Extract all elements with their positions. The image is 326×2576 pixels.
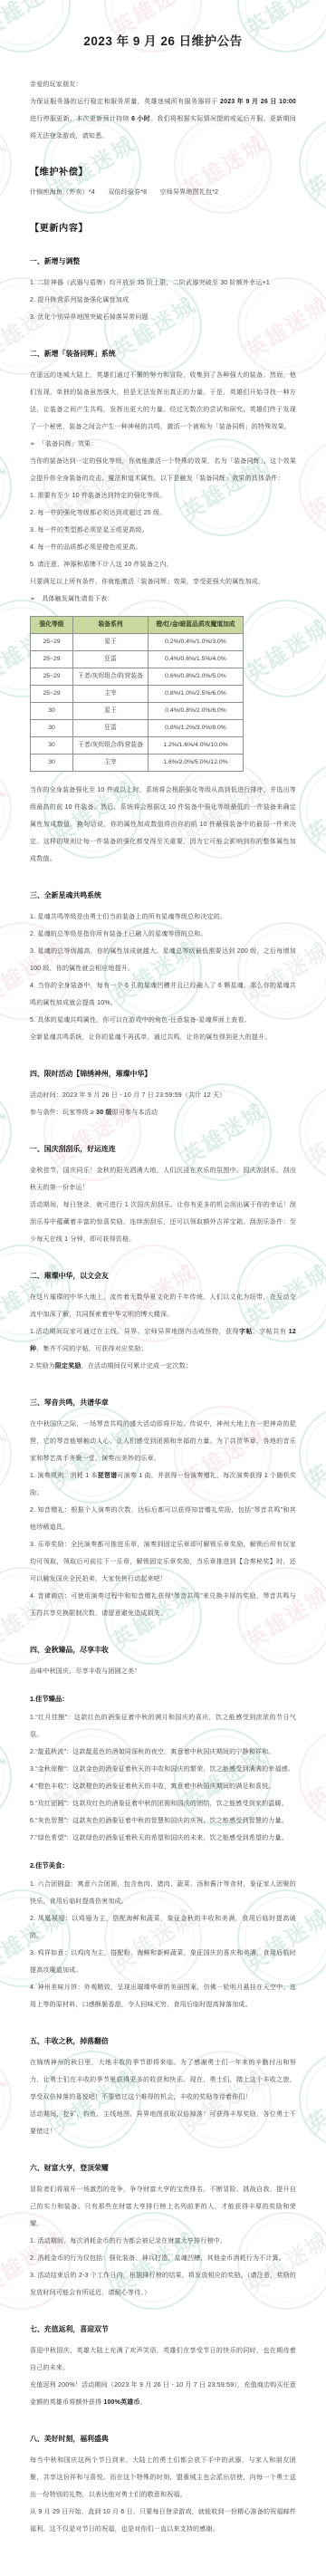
paragraph: 3. 每一件的类型都必须是星王或更高级。 (30, 522, 296, 539)
paragraph: 当你的装备达到一定的强化等级，你就能激活一个特殊的效果，名为「装备同辉」。这个效… (30, 453, 296, 487)
bold-text: 字帖 (239, 1329, 253, 1335)
paragraph: 4.“橙色丰收”：这款橙色的酒象征着秋天的丰收，寓意着中秋国庆期间的满足和喜悦。 (30, 1778, 296, 1795)
section-heading: 四、限时活动【锦绣神州，璀璨中华】 (30, 1065, 296, 1082)
bold-text: 限定奖励 (55, 1363, 81, 1370)
page-title: 2023 年 9 月 26 日维护公告 (30, 31, 296, 49)
paragraph: 5. 请注意，神器和盾牌不计入这 10 件装备之内。 (30, 556, 296, 573)
paragraph: 2. 每一件的强化等级都必须达到或超过 25 级。 (30, 505, 296, 522)
paragraph: 3. 活动结束后的 2-3 个工作日内，根据排行榜的结果，将发放相应的奖励。（请… (30, 2267, 296, 2302)
section-heading: 五、丰收之秋，掉落翻倍 (30, 2033, 296, 2050)
announcement-body: 亲爱的玩家朋友：为保证服务器的运行稳定和服务质量，英雄迷城所有服务器将于 202… (30, 76, 296, 2538)
table-cell: 1.2%/1.6%/4.0%/10.0% (149, 737, 244, 755)
section-heading: 七、充值返利，喜迎双节 (30, 2321, 296, 2338)
table-cell: 30 (31, 737, 73, 755)
table-cell: 30 (31, 703, 73, 720)
paragraph: 冒险者们将展开一场激烈的竞争，争夺财富大亨的宝贵排名。不断冒险、挑战自我、提升自… (30, 2181, 296, 2233)
paragraph: 3. 鸡祥如意：以鸡肉为主，搭配粉、海鲜和新鲜蔬菜，象征国庆的喜庆和美满，食用后… (30, 1945, 296, 1979)
paragraph: 2. 消耗金币的行为仅包括：强化装备、神兵打造、星魂凹槽，其他金币消耗行为不计算… (30, 2250, 296, 2267)
table-cell: 25~29 (31, 686, 73, 703)
paragraph: 1. 需要有至少 10 件装备达到特定的强化等级。 (30, 487, 296, 505)
paragraph: 1.“红月佳酿”：这款红色的酒象征着中秋的满月和国庆的喜庆，饮之能感受到浓浓的节… (30, 1709, 296, 1744)
section-heading: 二、璀璨中华，以文会友 (30, 1267, 296, 1284)
table-header-row: 强化等级装备系列橙/红/金/暗蓝品质攻魔道加成 (31, 617, 244, 634)
table-cell: 主宰 (73, 755, 149, 772)
bold-text: 6 小时 (131, 116, 150, 122)
paragraph: 2. 提升阵营系列装备强化属性加成 (30, 292, 296, 309)
paragraph: 在锦绣神州的秋日里，大地丰收的季节即将来临。为了感谢勇士们一年来的辛勤付出和努力… (30, 2054, 296, 2106)
paragraph: 活动期间，挖矿、钓鱼、主线地图、异界地图获取双倍掉落！可获得丰厚奖励，各位勇士不… (30, 2106, 296, 2140)
paragraph: 5. 具体的星魂共鸣属性，你可以在游戏中的角色-任意装备-星魂界面上查看。 (30, 1012, 296, 1029)
paragraph: 1. 六合团圆盘：寓意六合团圆，包含鱼肉、猪肉、蔬菜、汤和酱汁等食材，象征家人团… (30, 1876, 296, 1910)
table-cell: 0.2%/0.4%/1.0%/3.0% (149, 634, 244, 651)
paragraph: 5.“玫红团圆”：这款玫红色的酒象征着中秋的团圆和国庆的团结，饮之能感受到家的温… (30, 1795, 296, 1812)
section-heading: 三、全新星魂共鸣系统 (30, 887, 296, 904)
table-cell: 0.4%/0.6%/1.5%/4.0% (149, 651, 244, 668)
table-row: 25~29狂雷0.4%/0.6%/1.5%/4.0% (31, 651, 244, 668)
table-row: 25~29主宰0.8%/1.0%/2.5%/6.0% (31, 686, 244, 703)
table-row: 30主宰1.6%/2.0%/5.0%/12.0% (31, 755, 244, 772)
table-cell: 狂雷 (73, 651, 149, 668)
paragraph: 什锦煎海鱼（外卖）*4 双倍经验券*8 宗师异界地图礼包*2 (30, 184, 296, 201)
paragraph: 充值返利 200%！活动期间（2023 年 9 月 26 日 - 10 月 7 … (30, 2377, 296, 2411)
paragraph: 参与条件：玩家等级 ≥ 30 级即可参与本活动 (30, 1104, 296, 1121)
table-cell: 30 (31, 755, 73, 772)
table-header-cell: 橙/红/金/暗蓝品质攻魔道加成 (149, 617, 244, 634)
table-cell: 0.4%/0.8%/2.0%/6.0% (149, 703, 244, 720)
bracket-heading: 【维护补偿】 (30, 164, 296, 178)
table-cell: 星王 (73, 634, 149, 651)
bold-text: 30 级 (96, 1110, 112, 1116)
table-cell: 狂雷 (73, 720, 149, 737)
text-segment: 即可参与本活动 (112, 1110, 158, 1116)
paragraph: 2. 星魂的总等级是指你所有装备上已融入的星魂等级的总和。 (30, 926, 296, 943)
arrow-item: ➢ 具体触发属性请看下表： (30, 591, 296, 608)
subsection-heading: 1.佳节臻品： (30, 1690, 296, 1707)
text-segment: ，集齐不同的字帖，可获得对应奖励； (36, 1346, 147, 1352)
paragraph: 3. 乐章奖励：全民演奏都可推进乐章，演奏到固定乐章即可解锁乐章奖励，解锁后所有… (30, 1536, 296, 1588)
paragraph: 1. 活动期间，每次消耗金币的行为都会被记录在财富大亨排行榜中。 (30, 2233, 296, 2250)
table-row: 25~29王者/灰烬组合/阵营装备0.6%/0.8%/2.0%/5.0% (31, 668, 244, 686)
paragraph: 1. 星魂共鸣等级是由勇士们当前装备上的所有星魂等级总和决定的。 (30, 908, 296, 926)
table-cell: 0.8%/1.0%/2.5%/6.0% (149, 686, 244, 703)
table-cell: 王者/灰烬组合/阵营装备 (73, 668, 149, 686)
table-header-cell: 强化等级 (31, 617, 73, 634)
text-segment: 为保证服务器的运行稳定和服务质量，英雄迷城所有服务器将于 (30, 99, 220, 105)
announcement-document: 2023 年 9 月 26 日维护公告 亲爱的玩家朋友：为保证服务器的运行稳定和… (0, 0, 326, 2576)
paragraph: 2.奖励为限定奖励，在活动期间仅可累计完成一定次数； (30, 1358, 296, 1375)
section-heading: 一、新增与调整 (30, 253, 296, 270)
paragraph: 3.“金秋琼酿”：这款金色的酒象征着秋天的丰收和国庆的繁荣，饮之能感受到满满的幸… (30, 1761, 296, 1778)
text-segment: 充值返利 200%！活动期间（2023 年 9 月 26 日 - 10 月 7 … (30, 2382, 296, 2406)
text-segment: 。 (140, 2399, 147, 2406)
table-cell: 0.6%/0.8%/2.0%/5.0% (149, 668, 244, 686)
table-row: 30星王0.4%/0.8%/2.0%/6.0% (31, 703, 244, 720)
paragraph: 2. 知音赠礼：根据个人演奏的次数，达标后都可以获得知音赠礼奖励，包括“琴音共鸣… (30, 1502, 296, 1536)
section-heading: 一、国庆刮刮乐，好运连连 (30, 1140, 296, 1158)
section-heading: 二、新增「装备同辉」系统 (30, 345, 296, 362)
paragraph: 1. 二阶神器（武器与盾牌）均开放至 35 阶上限，二阶武器突破至 30 阶额外… (30, 274, 296, 292)
paragraph: 3. 星魂的总等级越高，你的属性加成就越大。星魂总等级最低需要达到 200 级，… (30, 943, 296, 977)
paragraph: 7.“绿色希望”：这款绿色的酒象征着秋天的希望和国庆的未来，饮之能感受到希望的力… (30, 1830, 296, 1847)
text-segment: 1. 演奏规则：消耗 1 本 (30, 1473, 98, 1479)
paragraph: 在中秋国庆之际，一场琴音共鸣的盛大活动即将开始。传说中，神州大地上有一把神奇的琵… (30, 1416, 296, 1467)
paragraph: 4. 每一件的品质都必须是橙色或更高。 (30, 539, 296, 556)
paragraph: 2. 凤凰展翅：以鸡翅为主，搭配海鲜和蔬菜，象征金秋的丰收和美满，食用后临时提高… (30, 1910, 296, 1945)
table-cell: 星王 (73, 703, 149, 720)
arrow-item: ➢ 「装备同辉」效果： (30, 436, 296, 453)
table-cell: 王者/灰烬组合/阵营装备 (73, 737, 149, 755)
paragraph: 在遥远的迷城大陆上，英雄们通过不懈的努力和冒险，收集到了各种强大的装备。然而，他… (30, 367, 296, 436)
paragraph: 金秋佳节，国庆同乐！金秋的阳光洒满大地，人们沉浸在欢乐的氛围中。国庆刮刮乐，刮出… (30, 1162, 296, 1197)
paragraph: 全新星魂共鸣系统，让你的星魂不再孤单，通过共鸣，让你的属性得到更大的提升。 (30, 1029, 296, 1046)
text-segment: 进行停服更新，本次更新预计持续 (30, 116, 131, 122)
table-cell: 25~29 (31, 634, 73, 651)
section-heading: 四、金秋臻品，尽享丰收 (30, 1641, 296, 1658)
section-heading: 三、琴音共鸣，共谱华章 (30, 1394, 296, 1411)
paragraph: 活动时间：2023 年 9 月 26 日 - 10 月 7 日 23:59:59… (30, 1087, 296, 1104)
bold-text: 100%英雄币 (103, 2399, 139, 2406)
bold-text: 琵琶谱 (98, 1473, 118, 1479)
table-row: 25~29星王0.2%/0.4%/1.0%/3.0% (31, 634, 244, 651)
paragraph: 亲爱的玩家朋友： (30, 76, 296, 93)
paragraph: 每当中秋和国庆这两个节日到来，大陆上的勇士们都会放下手中的武器，与家人和朋友团聚… (30, 2452, 296, 2504)
text-segment: 。字帖共有 (253, 1329, 289, 1335)
text-segment: 2.奖励为 (30, 1363, 55, 1370)
paragraph: 1. 演奏规则：消耗 1 本琵琶谱可演奏 1 曲，并获得一份演奏赠礼，每次演奏获… (30, 1467, 296, 1502)
paragraph: 在这片璀璨的中华大地上，流传着无数华夏文化的千年传统。人们以文化为纽带，在互动交… (30, 1289, 296, 1323)
bracket-heading: 【更新内容】 (30, 220, 296, 234)
paragraph: 4. 神州美味月饼：外观精致，呈现出璀璨华章的美丽图案，仿佛一轮明月悬挂在天空中… (30, 1979, 296, 2014)
table-row: 30王者/灰烬组合/阵营装备1.2%/1.6%/4.0%/10.0% (31, 737, 244, 755)
paragraph: 喜迎中秋国庆，英雄大陆上充满了欢声笑语，英雄们在享受节日的快乐的同时，也在期待着… (30, 2342, 296, 2377)
table-cell: 主宰 (73, 686, 149, 703)
paragraph: 1.活动期间玩家可通过在主线、异界、宗师异界地图内击败怪物，获得字帖。字帖共有 … (30, 1323, 296, 1358)
equip-bonus-table: 强化等级装备系列橙/红/金/暗蓝品质攻魔道加成25~29星王0.2%/0.4%/… (30, 616, 244, 772)
table-header-cell: 装备系列 (73, 617, 149, 634)
paragraph: 只要满足以上所有条件，你就能激活「装备同辉」效果，享受更强大的属性加成。 (30, 573, 296, 591)
paragraph: 活动期间，每日登录，就可进行 1 次国庆刮刮乐。让你有更多的机会刮出属于你的幸运… (30, 1197, 296, 1248)
section-heading: 六、财富大亨，登顶荣耀 (30, 2159, 296, 2177)
paragraph: 4. 音律商店：可使用演奏过程中和知音赠礼获得“琴音共鸣”来兑换丰厚的奖励，琴音… (30, 1588, 296, 1622)
section-heading: 八、美好时刻，福利盛典 (30, 2430, 296, 2447)
text-segment: ，在活动期间仅可累计完成一定次数； (81, 1363, 192, 1370)
paragraph: 当你的全身装备强化至 10 件或以上时，系统将会根据强化等级从高到低进行排序，并… (30, 782, 296, 868)
subsection-heading: 2.佳节美食： (30, 1857, 296, 1874)
paragraph: 3. 优化个别异界地图突破石掉落异常问题 (30, 309, 296, 326)
paragraph: 4. 当你的全身装备中，每有一个 6 孔的星魂凹槽并且已经融入了 6 颗星魂，那… (30, 977, 296, 1012)
paragraph: 为保证服务器的运行稳定和服务质量，英雄迷城所有服务器将于 2023 年 9 月 … (30, 93, 296, 145)
table-cell: 25~29 (31, 668, 73, 686)
table-cell: 25~29 (31, 651, 73, 668)
paragraph: 6.“灰色智慧”：这款灰色的酒象征着中秋的智慧和国庆的庆祝，饮之能感受到智慧的力… (30, 1812, 296, 1830)
table-cell: 30 (31, 720, 73, 737)
paragraph: 品味中秋国庆，尽享丰收与团圆之美！ (30, 1663, 296, 1680)
paragraph: 2.“靛蓝秋波”：这款靛蓝色的酒如同深秋的夜空，寓意着中秋国庆期间的宁静和祥和。 (30, 1744, 296, 1761)
text-segment: 参与条件：玩家等级 ≥ (30, 1110, 96, 1116)
paragraph: 从 9 月 29 日开始，直到 10 月 6 日，只要每日登录游戏，就能收到一份… (30, 2504, 296, 2538)
bold-text: 2023 年 9 月 26 日 10:00 (220, 99, 296, 105)
table-cell: 1.6%/2.0%/5.0%/12.0% (149, 755, 244, 772)
table-row: 30狂雷0.8%/1.2%/3.0%/8.0% (31, 720, 244, 737)
text-segment: 1.活动期间玩家可通过在主线、异界、宗师异界地图内击败怪物，获得 (30, 1329, 239, 1335)
table-cell: 0.8%/1.2%/3.0%/8.0% (149, 720, 244, 737)
